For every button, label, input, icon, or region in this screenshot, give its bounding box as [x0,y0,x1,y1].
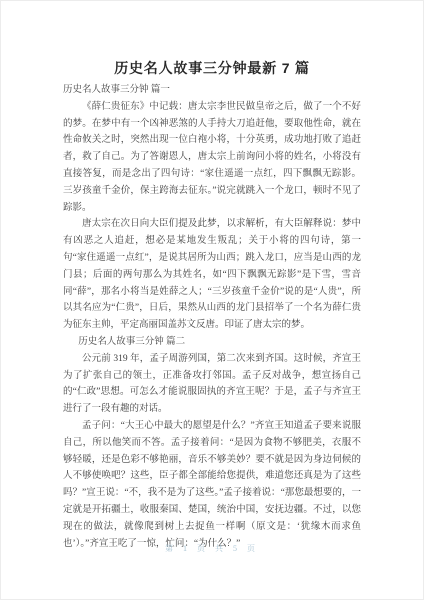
paragraph: 唐太宗在次日向大臣们提及此梦，以求解析，有大臣解释说：梦中有凶恶之人追赶，想必是… [63,216,361,334]
section-heading-2: 历史名人故事三分钟 篇二 [63,334,361,351]
section-heading-1: 历史名人故事三分钟 篇一 [63,82,361,99]
paragraph: 《薛仁贵征东》中记载：唐太宗李世民做皇帝之后，做了一个不好的梦。在梦中有一个凶神… [63,99,361,217]
paragraph: 孟子问：“大王心中最大的愿望是什么？”齐宣王知道孟子要来说服自己，所以他笑而不答… [63,418,361,552]
page-number-indicator: 第 1 页 共 5 页 [1,543,423,554]
paragraph: 公元前 319 年，孟子周游列国，第二次来到齐国。这时候，齐宣王为了扩张自己的领… [63,351,361,418]
document-body: 历史名人故事三分钟 篇一 《薛仁贵征东》中记载：唐太宗李世民做皇帝之后，做了一个… [63,82,361,552]
page-title: 历史名人故事三分钟最新 7 篇 [21,58,403,78]
document-page: 历史名人故事三分钟最新 7 篇 历史名人故事三分钟 篇一 《薛仁贵征东》中记载：… [0,0,424,600]
